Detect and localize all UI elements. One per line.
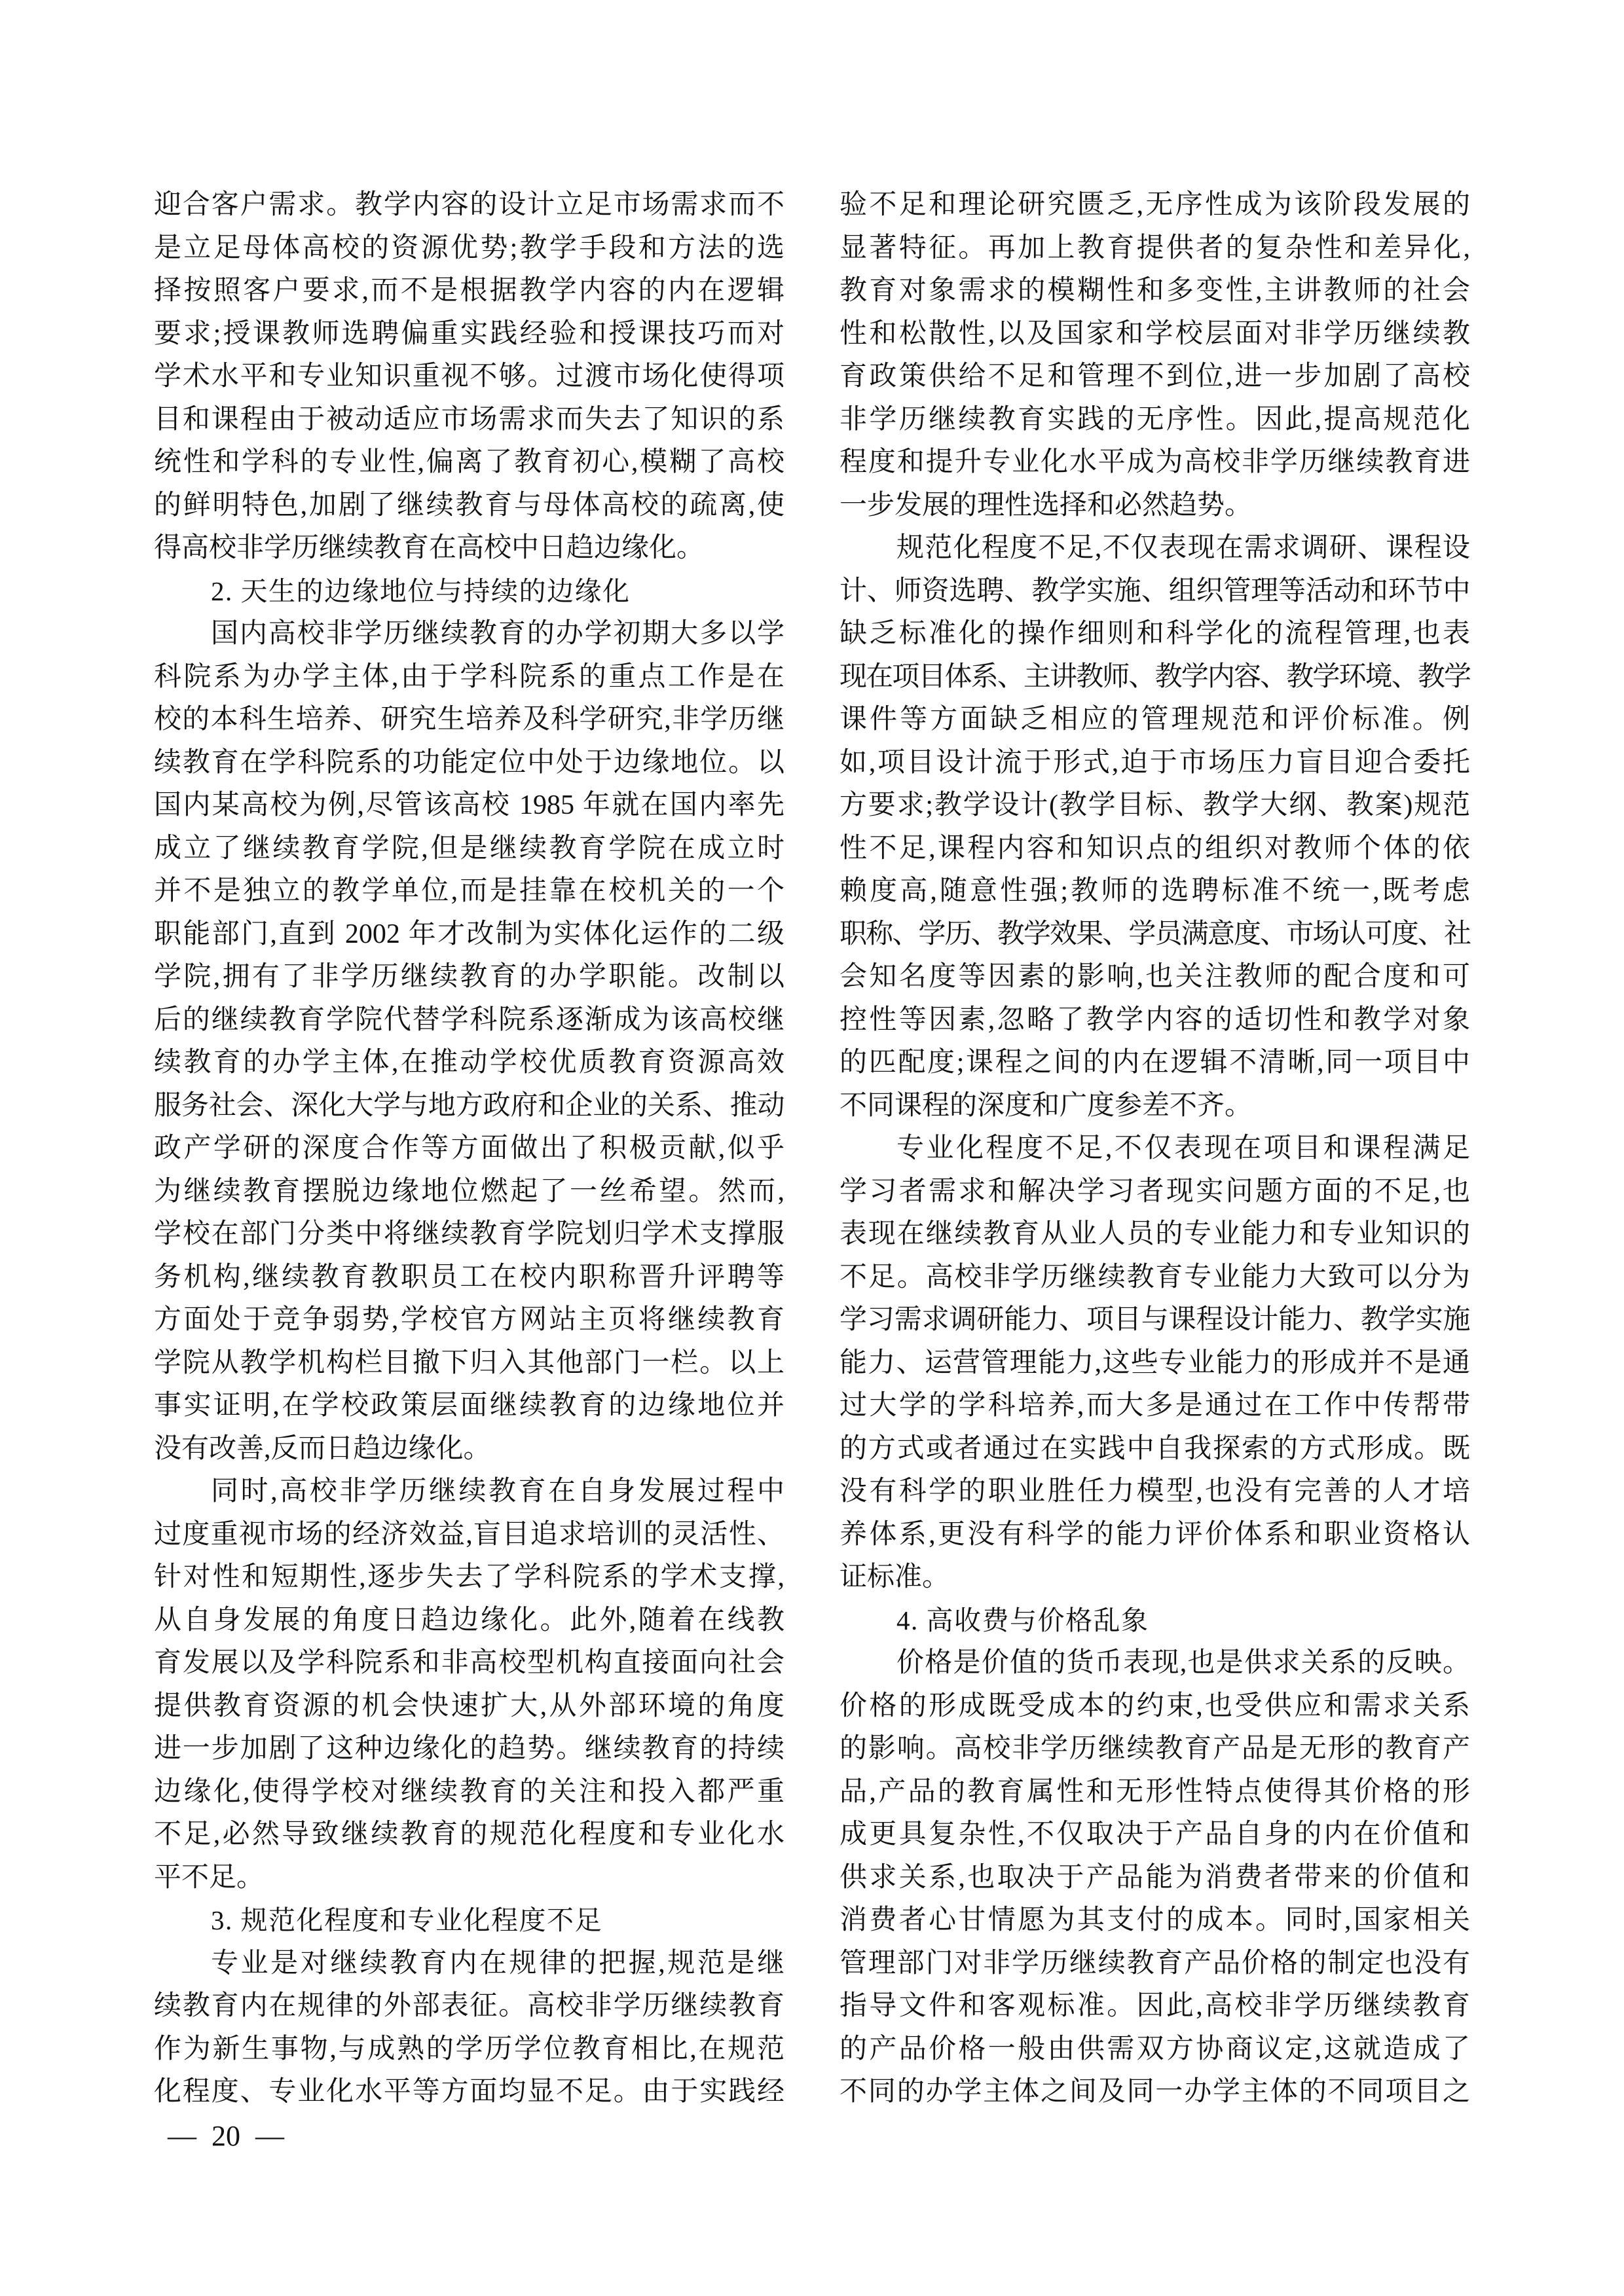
text-line: 的鲜明特色,加剧了继续教育与母体高校的疏离,使 bbox=[154, 484, 784, 528]
text-line: 方要求;教学设计(教学目标、教学大纲、教案)规范 bbox=[840, 784, 1470, 828]
text-line: 性不足,课程内容和知识点的组织对教师个体的依 bbox=[840, 828, 1470, 871]
text-line: 不足。高校非学历继续教育专业能力大致可以分为 bbox=[840, 1256, 1470, 1300]
text-line: 指导文件和客观标准。因此,高校非学历继续教育 bbox=[840, 1985, 1470, 2028]
text-line: 价格是价值的货币表现,也是供求关系的反映。 bbox=[840, 1642, 1470, 1685]
text-line: 的影响。高校非学历继续教育产品是无形的教育产 bbox=[840, 1728, 1470, 1771]
text-line: 得高校非学历继续教育在高校中日趋边缘化。 bbox=[154, 527, 784, 570]
text-line: 教育对象需求的模糊性和多变性,主讲教师的社会 bbox=[840, 270, 1470, 313]
text-line: 专业是对继续教育内在规律的把握,规范是继 bbox=[154, 1942, 784, 1986]
paragraph: 迎合客户需求。教学内容的设计立足市场需求而不 是立足母体高校的资源优势;教学手段… bbox=[154, 184, 784, 570]
text-line: 并不是独立的教学单位,而是挂靠在校机关的一个 bbox=[154, 870, 784, 913]
text-line: 方面处于竞争弱势,学校官方网站主页将继续教育 bbox=[154, 1299, 784, 1342]
text-line: 的方式或者通过在实践中自我探索的方式形成。既 bbox=[840, 1428, 1470, 1471]
text-line: 职能部门,直到 2002 年才改制为实体化运作的二级 bbox=[154, 913, 784, 957]
text-line: 缺乏标准化的操作细则和科学化的流程管理,也表 bbox=[840, 613, 1470, 656]
text-line: 不同的办学主体之间及同一办学主体的不同项目之 bbox=[840, 2071, 1470, 2114]
text-line: 学习者需求和解决学习者现实问题方面的不足,也 bbox=[840, 1171, 1470, 1214]
text-line: 务机构,继续教育教职员工在校内职称晋升评聘等 bbox=[154, 1256, 784, 1300]
text-line: 没有科学的职业胜任力模型,也没有完善的人才培 bbox=[840, 1470, 1470, 1514]
text-line: 课件等方面缺乏相应的管理规范和评价标准。例 bbox=[840, 699, 1470, 742]
text-line: 职称、学历、教学效果、学员满意度、市场认可度、社 bbox=[840, 913, 1470, 957]
text-line: 事实证明,在学校政策层面继续教育的边缘地位并 bbox=[154, 1385, 784, 1428]
paragraph: 国内高校非学历继续教育的办学初期大多以学 科院系为办学主体,由于学科院系的重点工… bbox=[154, 613, 784, 1470]
text-line: 国内高校非学历继续教育的办学初期大多以学 bbox=[154, 613, 784, 656]
text-line: 现在项目体系、主讲教师、教学内容、教学环境、教学 bbox=[840, 656, 1470, 699]
text-line: 服务社会、深化大学与地方政府和企业的关系、推动 bbox=[154, 1085, 784, 1128]
text-line: 没有改善,反而日趋边缘化。 bbox=[154, 1428, 784, 1471]
text-line: 一步发展的理性选择和必然趋势。 bbox=[840, 484, 1470, 528]
text-line: 管理部门对非学历继续教育产品价格的制定也没有 bbox=[840, 1942, 1470, 1986]
text-line: 续教育内在规律的外部表征。高校非学历继续教育 bbox=[154, 1985, 784, 2028]
right-column: 验不足和理论研究匮乏,无序性成为该阶段发展的 显著特征。再加上教育提供者的复杂性… bbox=[840, 184, 1470, 2114]
text-line: 国内某高校为例,尽管该高校 1985 年就在国内率先 bbox=[154, 784, 784, 828]
text-line: 作为新生事物,与成熟的学历学位教育相比,在规范 bbox=[154, 2028, 784, 2071]
text-line: 能力、运营管理能力,这些专业能力的形成并不是通 bbox=[840, 1342, 1470, 1385]
paragraph: 规范化程度不足,不仅表现在需求调研、课程设 计、师资选聘、教学实施、组织管理等活… bbox=[840, 527, 1470, 1127]
section-heading: 3. 规范化程度和专业化程度不足 bbox=[154, 1899, 784, 1942]
text-line: 目和课程由于被动适应市场需求而失去了知识的系 bbox=[154, 399, 784, 442]
text-line: 如,项目设计流于形式,迫于市场压力盲目迎合委托 bbox=[840, 742, 1470, 785]
text-line: 非学历继续教育实践的无序性。因此,提高规范化 bbox=[840, 399, 1470, 442]
text-line: 计、师资选聘、教学实施、组织管理等活动和环节中 bbox=[840, 570, 1470, 613]
text-line: 续教育的办学主体,在推动学校优质教育资源高效 bbox=[154, 1042, 784, 1085]
text-line: 同时,高校非学历继续教育在自身发展过程中 bbox=[154, 1470, 784, 1514]
text-line: 显著特征。再加上教育提供者的复杂性和差异化, bbox=[840, 227, 1470, 270]
text-line: 从自身发展的角度日趋边缘化。此外,随着在线教 bbox=[154, 1599, 784, 1643]
text-line: 育发展以及学科院系和非高校型机构直接面向社会 bbox=[154, 1642, 784, 1685]
text-line: 成立了继续教育学院,但是继续教育学院在成立时 bbox=[154, 828, 784, 871]
text-line: 统性和学科的专业性,偏离了教育初心,模糊了高校 bbox=[154, 441, 784, 484]
text-line: 学术水平和专业知识重视不够。过渡市场化使得项 bbox=[154, 355, 784, 399]
text-line: 学校在部门分类中将继续教育学院划归学术支撑服 bbox=[154, 1213, 784, 1256]
text-line: 养体系,更没有科学的能力评价体系和职业资格认 bbox=[840, 1514, 1470, 1557]
text-line: 为继续教育摆脱边缘地位燃起了一丝希望。然而, bbox=[154, 1171, 784, 1214]
text-line: 学院,拥有了非学历继续教育的办学职能。改制以 bbox=[154, 956, 784, 999]
text-line: 程度和提升专业化水平成为高校非学历继续教育进 bbox=[840, 441, 1470, 484]
paragraph: 验不足和理论研究匮乏,无序性成为该阶段发展的 显著特征。再加上教育提供者的复杂性… bbox=[840, 184, 1470, 527]
text-line: 消费者心甘情愿为其支付的成本。同时,国家相关 bbox=[840, 1899, 1470, 1942]
text-line: 过度重视市场的经济效益,盲目追求培训的灵活性、 bbox=[154, 1514, 784, 1557]
text-line: 后的继续教育学院代替学科院系逐渐成为该高校继 bbox=[154, 999, 784, 1042]
text-line: 专业化程度不足,不仅表现在项目和课程满足 bbox=[840, 1127, 1470, 1171]
text-line: 不同课程的深度和广度参差不齐。 bbox=[840, 1085, 1470, 1128]
text-line: 边缘化,使得学校对继续教育的关注和投入都严重 bbox=[154, 1771, 784, 1814]
text-line: 价格的形成既受成本的约束,也受供应和需求关系 bbox=[840, 1685, 1470, 1728]
text-line: 迎合客户需求。教学内容的设计立足市场需求而不 bbox=[154, 184, 784, 227]
text-line: 控性等因素,忽略了教学内容的适切性和教学对象 bbox=[840, 999, 1470, 1042]
text-line: 供求关系,也取决于产品能为消费者带来的价值和 bbox=[840, 1857, 1470, 1900]
text-line: 表现在继续教育从业人员的专业能力和专业知识的 bbox=[840, 1213, 1470, 1256]
paragraph: 专业是对继续教育内在规律的把握,规范是继 续教育内在规律的外部表征。高校非学历继… bbox=[154, 1942, 784, 2114]
text-line: 校的本科生培养、研究生培养及科学研究,非学历继 bbox=[154, 699, 784, 742]
text-line: 择按照客户要求,而不是根据教学内容的内在逻辑 bbox=[154, 270, 784, 313]
text-line: 进一步加剧了这种边缘化的趋势。继续教育的持续 bbox=[154, 1728, 784, 1771]
text-line: 是立足母体高校的资源优势;教学手段和方法的选 bbox=[154, 227, 784, 270]
text-line: 验不足和理论研究匮乏,无序性成为该阶段发展的 bbox=[840, 184, 1470, 227]
text-line: 科院系为办学主体,由于学科院系的重点工作是在 bbox=[154, 656, 784, 699]
text-line: 政产学研的深度合作等方面做出了积极贡献,似乎 bbox=[154, 1127, 784, 1171]
page-number: — 20 — bbox=[168, 2122, 284, 2151]
section-heading: 4. 高收费与价格乱象 bbox=[840, 1599, 1470, 1643]
text-line: 不足,必然导致继续教育的规范化程度和专业化水 bbox=[154, 1813, 784, 1857]
text-line: 学习需求调研能力、项目与课程设计能力、教学实施 bbox=[840, 1299, 1470, 1342]
text-line: 规范化程度不足,不仅表现在需求调研、课程设 bbox=[840, 527, 1470, 570]
text-line: 品,产品的教育属性和无形性特点使得其价格的形 bbox=[840, 1771, 1470, 1814]
text-line: 续教育在学科院系的功能定位中处于边缘地位。以 bbox=[154, 742, 784, 785]
text-line: 会知名度等因素的影响,也关注教师的配合度和可 bbox=[840, 956, 1470, 999]
paragraph: 专业化程度不足,不仅表现在项目和课程满足 学习者需求和解决学习者现实问题方面的不… bbox=[840, 1127, 1470, 1599]
text-line: 提供教育资源的机会快速扩大,从外部环境的角度 bbox=[154, 1685, 784, 1728]
text-line: 要求;授课教师选聘偏重实践经验和授课技巧而对 bbox=[154, 313, 784, 356]
text-line: 成更具复杂性,不仅取决于产品自身的内在价值和 bbox=[840, 1813, 1470, 1857]
text-line: 赖度高,随意性强;教师的选聘标准不统一,既考虑 bbox=[840, 870, 1470, 913]
text-line: 平不足。 bbox=[154, 1857, 784, 1900]
text-line: 过大学的学科培养,而大多是通过在工作中传帮带 bbox=[840, 1385, 1470, 1428]
text-line: 化程度、专业化水平等方面均显不足。由于实践经 bbox=[154, 2071, 784, 2114]
text-line: 性和松散性,以及国家和学校层面对非学历继续教 bbox=[840, 313, 1470, 356]
journal-page: 迎合客户需求。教学内容的设计立足市场需求而不 是立足母体高校的资源优势;教学手段… bbox=[0, 0, 1624, 2296]
paragraph: 价格是价值的货币表现,也是供求关系的反映。 价格的形成既受成本的约束,也受供应和… bbox=[840, 1642, 1470, 2114]
section-heading: 2. 天生的边缘地位与持续的边缘化 bbox=[154, 570, 784, 613]
text-line: 证标准。 bbox=[840, 1556, 1470, 1599]
text-line: 育政策供给不足和管理不到位,进一步加剧了高校 bbox=[840, 355, 1470, 399]
paragraph: 同时,高校非学历继续教育在自身发展过程中 过度重视市场的经济效益,盲目追求培训的… bbox=[154, 1470, 784, 1899]
left-column: 迎合客户需求。教学内容的设计立足市场需求而不 是立足母体高校的资源优势;教学手段… bbox=[154, 184, 784, 2114]
text-line: 的产品价格一般由供需双方协商议定,这就造成了 bbox=[840, 2028, 1470, 2071]
text-line: 针对性和短期性,逐步失去了学科院系的学术支撑, bbox=[154, 1556, 784, 1599]
text-line: 学院从教学机构栏目撤下归入其他部门一栏。以上 bbox=[154, 1342, 784, 1385]
text-line: 的匹配度;课程之间的内在逻辑不清晰,同一项目中 bbox=[840, 1042, 1470, 1085]
